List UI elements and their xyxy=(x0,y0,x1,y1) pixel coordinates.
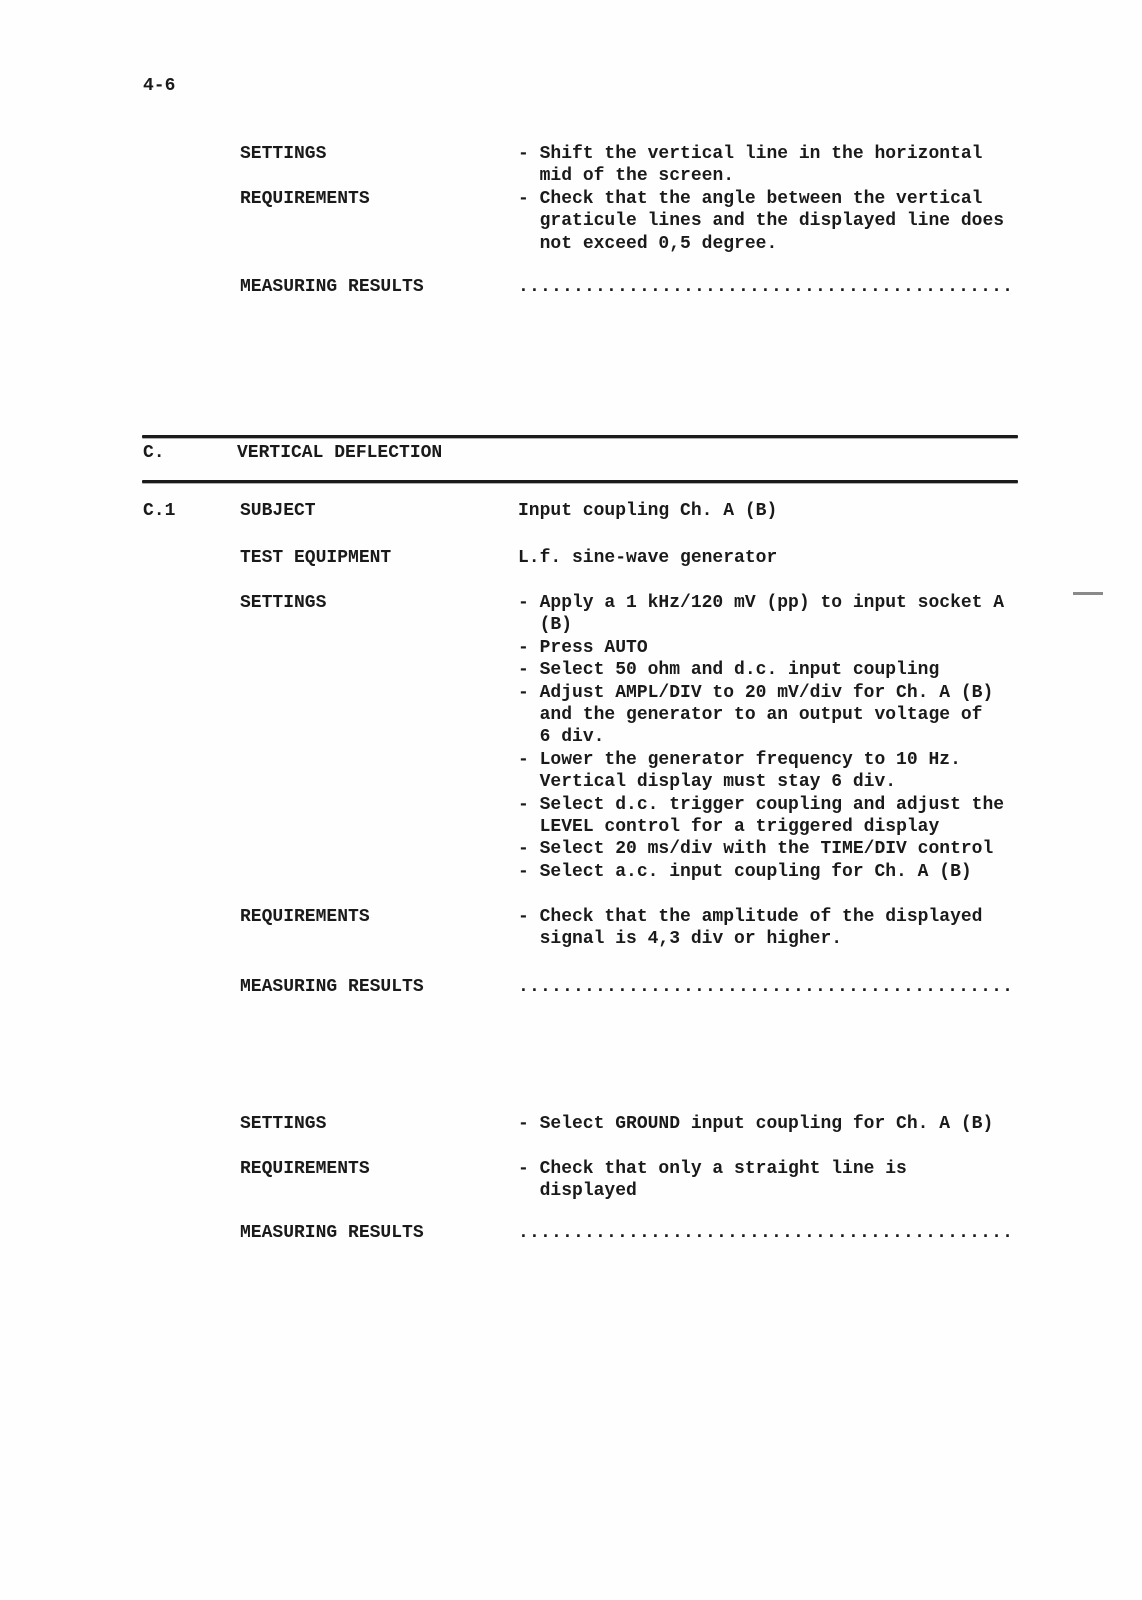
requirements-label: REQUIREMENTS xyxy=(240,906,512,928)
requirements-label: REQUIREMENTS xyxy=(240,1158,512,1180)
measuring-results-label: MEASURING RESULTS xyxy=(240,1222,512,1244)
measuring-results-label: MEASURING RESULTS xyxy=(240,976,512,998)
requirements-text: - Check that only a straight line is dis… xyxy=(518,1158,1040,1203)
section-rule-bottom xyxy=(142,480,1018,483)
scanned-manual-page: 4-6 SETTINGS - Shift the vertical line i… xyxy=(0,0,1142,1600)
subject-text: Input coupling Ch. A (B) xyxy=(518,500,1040,522)
section-id: C. xyxy=(143,442,165,464)
section-rule-top xyxy=(142,435,1018,438)
margin-mark xyxy=(1073,592,1103,595)
settings-label: SETTINGS xyxy=(240,143,512,165)
settings-text: - Select GROUND input coupling for Ch. A… xyxy=(518,1113,1040,1135)
subject-label: SUBJECT xyxy=(240,500,512,522)
test-equipment-text: L.f. sine-wave generator xyxy=(518,547,1040,569)
settings-list: - Apply a 1 kHz/120 mV (pp) to input soc… xyxy=(518,592,1040,883)
requirements-label: REQUIREMENTS xyxy=(240,188,512,210)
measuring-results-dots: ........................................… xyxy=(518,276,1040,298)
test-equipment-label: TEST EQUIPMENT xyxy=(240,547,512,569)
subsection-id: C.1 xyxy=(143,500,175,522)
measuring-results-dots: ........................................… xyxy=(518,976,1040,998)
section-title: VERTICAL DEFLECTION xyxy=(237,442,442,464)
settings-label: SETTINGS xyxy=(240,592,512,614)
requirements-text: - Check that the angle between the verti… xyxy=(518,188,1040,255)
settings-text: - Shift the vertical line in the horizon… xyxy=(518,143,1040,188)
page-number: 4-6 xyxy=(143,75,175,97)
settings-label: SETTINGS xyxy=(240,1113,512,1135)
measuring-results-dots: ........................................… xyxy=(518,1222,1040,1244)
requirements-text: - Check that the amplitude of the displa… xyxy=(518,906,1040,951)
measuring-results-label: MEASURING RESULTS xyxy=(240,276,512,298)
